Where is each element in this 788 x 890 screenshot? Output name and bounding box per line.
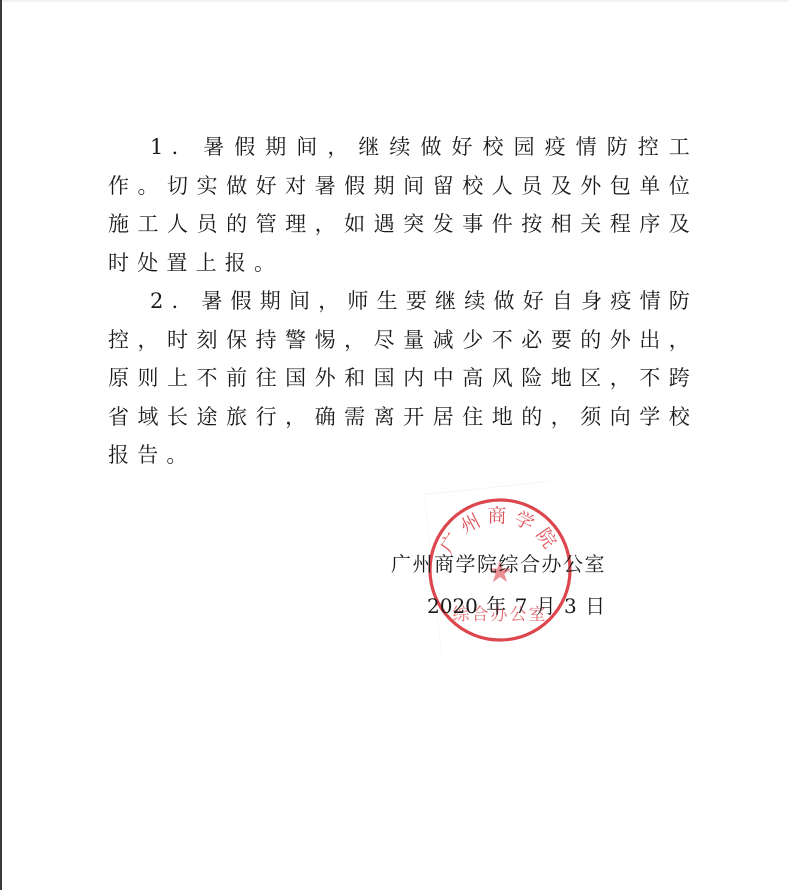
issue-date: 2020 年 7 月 3 日	[427, 590, 605, 619]
page-left-border	[0, 0, 2, 890]
paragraph-2: 2. 暑假期间，师生要继续做好自身疫情防控，时刻保持警惕，尽量减少不必要的外出，…	[108, 282, 698, 475]
issuing-office: 广州商学院综合办公室	[391, 548, 606, 577]
page-top-edge	[0, 0, 788, 2]
document-page: 1. 暑假期间，继续做好校园疫情防控工作。切实做好对暑假期间留校人员及外包单位施…	[0, 0, 788, 890]
paragraph-1: 1. 暑假期间，继续做好校园疫情防控工作。切实做好对暑假期间留校人员及外包单位施…	[108, 128, 698, 282]
notice-body: 1. 暑假期间，继续做好校园疫情防控工作。切实做好对暑假期间留校人员及外包单位施…	[108, 128, 698, 475]
